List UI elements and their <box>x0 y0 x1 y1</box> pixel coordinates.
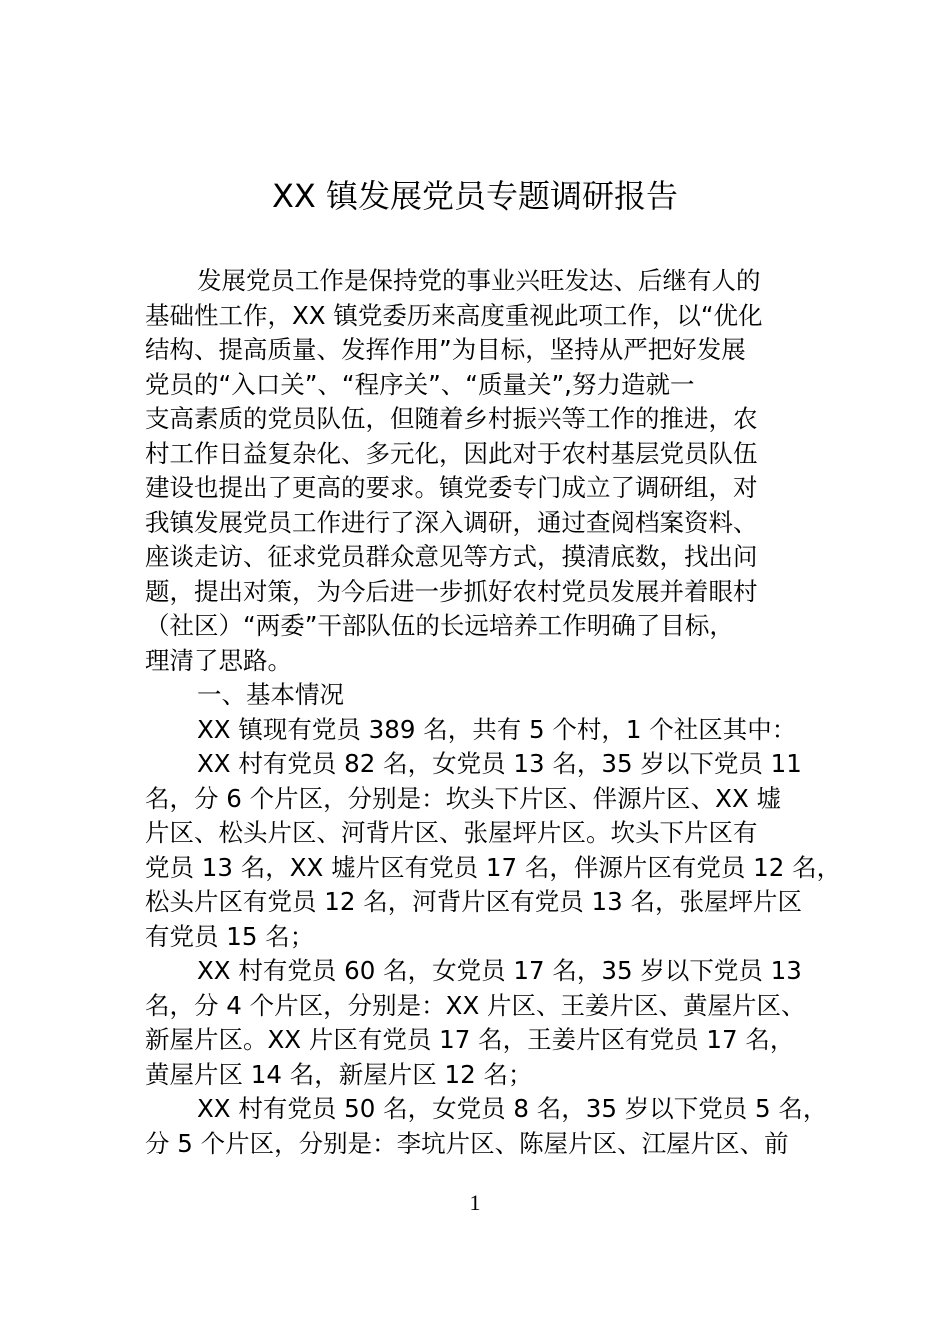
paragraph-intro-line: （社区）“两委”干部队伍的长远培养工作明确了目标， <box>145 609 845 644</box>
paragraph-intro-line: 村工作日益复杂化、多元化，因此对于农村基层党员队伍 <box>145 437 845 472</box>
paragraph-village-2-line: 新屋片区。XX 片区有党员 17 名，王姜片区有党员 17 名， <box>145 1023 845 1058</box>
paragraph-intro-line: 理清了思路。 <box>145 644 845 679</box>
paragraph-intro-line: 结构、提高质量、发挥作用”为目标，坚持从严把好发展 <box>145 333 845 368</box>
paragraph-village-1-line: 松头片区有党员 12 名，河背片区有党员 13 名，张屋坪片区 <box>145 885 845 920</box>
paragraph-village-1-line: XX 村有党员 82 名，女党员 13 名，35 岁以下党员 11 <box>145 747 845 782</box>
paragraph-village-3-line: XX 村有党员 50 名，女党员 8 名，35 岁以下党员 5 名， <box>145 1092 845 1127</box>
paragraph-village-1-line: 党员 13 名，XX 墟片区有党员 17 名，伴源片区有党员 12 名， <box>145 851 845 886</box>
document-page: XX 镇发展党员专题调研报告 发展党员工作是保持党的事业兴旺发达、后继有人的 基… <box>0 0 950 1344</box>
document-body: 发展党员工作是保持党的事业兴旺发达、后继有人的 基础性工作，XX 镇党委历来高度… <box>145 264 845 1161</box>
paragraph-village-2-line: 名，分 4 个片区，分别是：XX 片区、王姜片区、黄屋片区、 <box>145 989 845 1024</box>
paragraph-intro-line: 发展党员工作是保持党的事业兴旺发达、后继有人的 <box>145 264 845 299</box>
paragraph-village-1-line: 有党员 15 名； <box>145 920 845 955</box>
paragraph-intro-line: 党员的“入口关”、“程序关”、“质量关”,努力造就一 <box>145 368 845 403</box>
section-heading-basic-situation: 一、基本情况 <box>145 678 845 713</box>
paragraph-intro-line: 题，提出对策，为今后进一步抓好农村党员发展并着眼村 <box>145 575 845 610</box>
page-number: 1 <box>0 1188 950 1218</box>
paragraph-village-2-line: 黄屋片区 14 名，新屋片区 12 名； <box>145 1058 845 1093</box>
paragraph-village-3-line: 分 5 个片区，分别是：李坑片区、陈屋片区、江屋片区、前 <box>145 1127 845 1162</box>
paragraph-intro-line: 座谈走访、征求党员群众意见等方式，摸清底数，找出问 <box>145 540 845 575</box>
paragraph-village-1-line: 片区、松头片区、河背片区、张屋坪片区。坎头下片区有 <box>145 816 845 851</box>
paragraph-intro-line: 我镇发展党员工作进行了深入调研，通过查阅档案资料、 <box>145 506 845 541</box>
paragraph-village-2-line: XX 村有党员 60 名，女党员 17 名，35 岁以下党员 13 <box>145 954 845 989</box>
paragraph-village-1-line: 名，分 6 个片区，分别是：坎头下片区、伴源片区、XX 墟 <box>145 782 845 817</box>
document-title: XX 镇发展党员专题调研报告 <box>0 172 950 220</box>
paragraph-intro-line: 基础性工作，XX 镇党委历来高度重视此项工作，以“优化 <box>145 299 845 334</box>
paragraph-intro-line: 支高素质的党员队伍，但随着乡村振兴等工作的推进，农 <box>145 402 845 437</box>
paragraph-town-summary: XX 镇现有党员 389 名，共有 5 个村，1 个社区其中： <box>145 713 845 748</box>
paragraph-intro-line: 建设也提出了更高的要求。镇党委专门成立了调研组，对 <box>145 471 845 506</box>
